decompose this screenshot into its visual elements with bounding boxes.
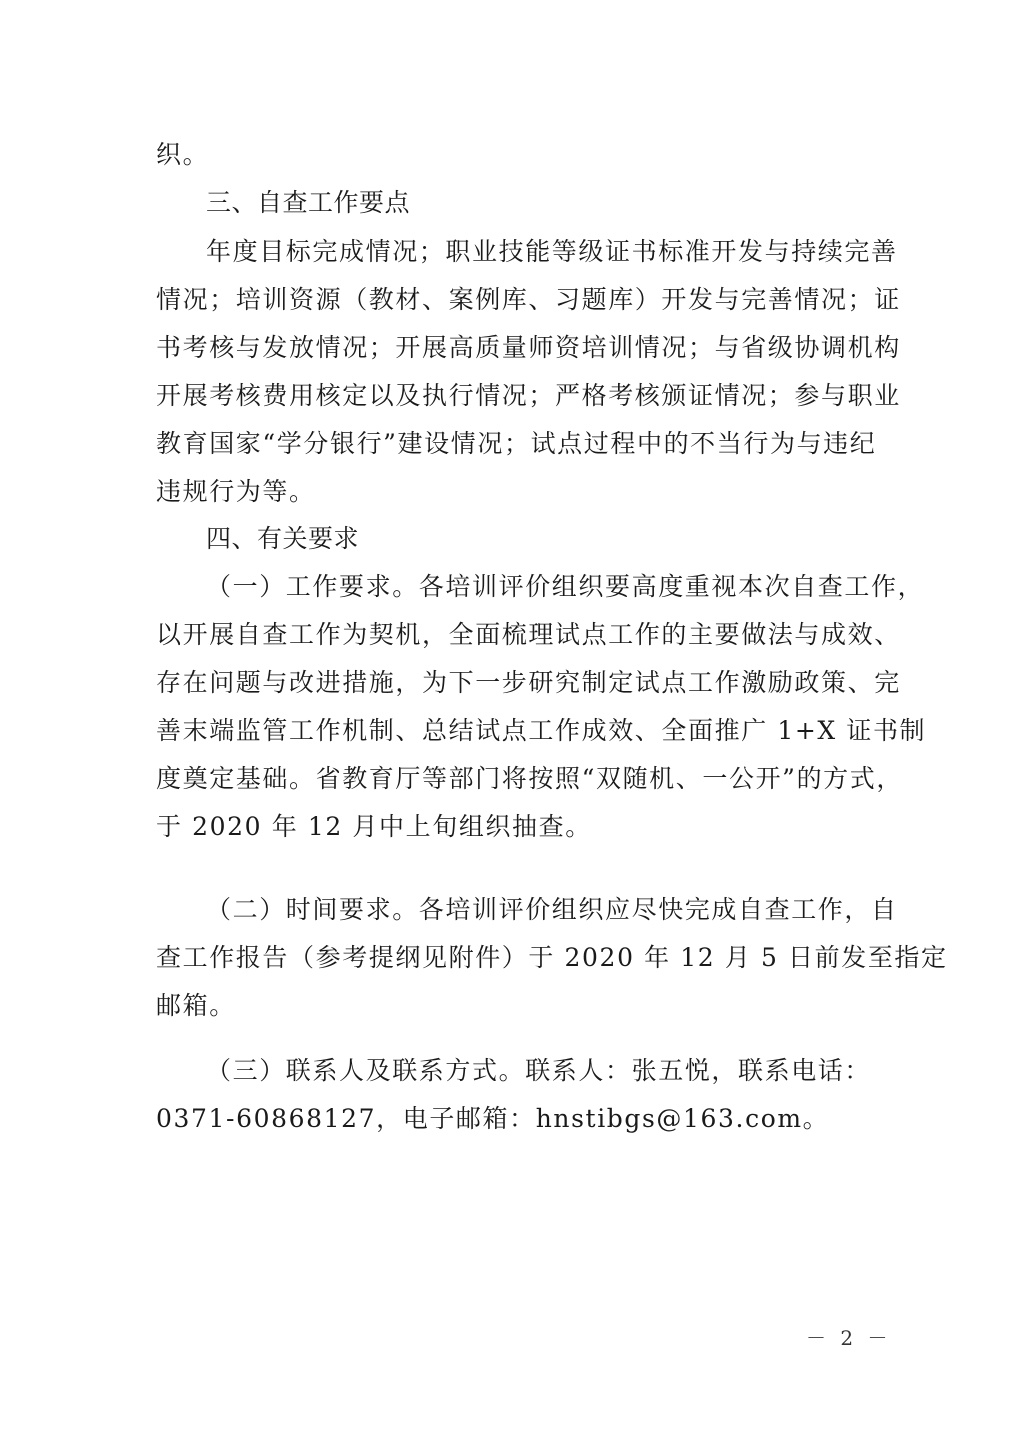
work-requirements-line: 以开展自查工作为契机，全面梳理试点工作的主要做法与成效、 [156, 618, 868, 652]
document-page: 织。 三、自查工作要点 年度目标完成情况；职业技能等级证书标准开发与持续完善 情… [0, 0, 1024, 1448]
contact-info-line: （三）联系人及联系方式。联系人：张五悦，联系电话： [206, 1054, 868, 1088]
time-requirements-line: 邮箱。 [156, 989, 868, 1023]
section-3-line: 年度目标完成情况；职业技能等级证书标准开发与持续完善 [206, 235, 868, 269]
time-requirements-line: （二）时间要求。各培训评价组织应尽快完成自查工作，自 [206, 893, 868, 927]
time-requirements-line: 查工作报告（参考提纲见附件）于 2020 年 12 月 5 日前发至指定 [156, 941, 868, 975]
section-3-line: 情况；培训资源（教材、案例库、习题库）开发与完善情况；证 [156, 283, 868, 317]
page-number: － 2 － [806, 1323, 891, 1353]
work-requirements-line: 度奠定基础。省教育厅等部门将按照“双随机、一公开”的方式， [156, 762, 868, 796]
work-requirements-line: （一）工作要求。各培训评价组织要高度重视本次自查工作， [206, 570, 868, 604]
work-requirements-line: 于 2020 年 12 月中上旬组织抽查。 [156, 810, 868, 844]
section-3-line: 书考核与发放情况；开展高质量师资培训情况；与省级协调机构 [156, 331, 868, 365]
section-4-heading: 四、有关要求 [206, 522, 359, 556]
section-3-line: 教育国家“学分银行”建设情况；试点过程中的不当行为与违纪 [156, 427, 868, 461]
section-3-line: 违规行为等。 [156, 475, 868, 509]
work-requirements-line: 存在问题与改进措施，为下一步研究制定试点工作激励政策、完 [156, 666, 868, 700]
work-requirements-line: 善末端监管工作机制、总结试点工作成效、全面推广 1+X 证书制 [156, 714, 868, 748]
section-3-heading: 三、自查工作要点 [206, 186, 410, 220]
contact-info-line: 0371-60868127，电子邮箱：hnstibgs@163.com。 [156, 1102, 868, 1136]
section-3-line: 开展考核费用核定以及执行情况；严格考核颁证情况；参与职业 [156, 379, 868, 413]
continuation-text: 织。 [156, 138, 868, 172]
